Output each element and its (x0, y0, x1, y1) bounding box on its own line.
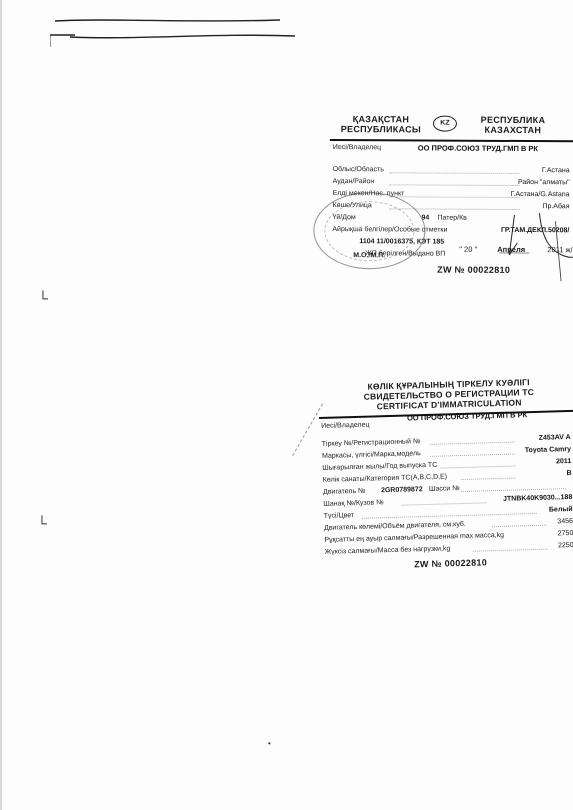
header-kazakh-line2: РЕСПУБЛИКАСЫ (340, 124, 422, 134)
speck-mark: • (268, 740, 271, 748)
field-label: Облыс/Область (333, 164, 384, 176)
field-label: Жүксіз салмағы/Масса без нагрузки,kg (325, 543, 451, 559)
field-value: 2750 (558, 528, 573, 540)
serial-number: ZW № 00022810 (437, 265, 510, 275)
card-title: КӨЛІК ҚҰРАЛЫНЫҢ ТІРКЕЛУ КУӘЛІГІ СВИДЕТЕЛ… (318, 376, 573, 413)
apartment-label: Патер/Кв (437, 213, 466, 225)
owner-value: ОО ПРОФ.СОЮЗ ТРУД.ГМП В РК (407, 408, 570, 425)
registration-card-back: ҚАЗАҚСТАН РЕСПУБЛИКАСЫ KZ РЕСПУБЛИКА КАЗ… (329, 112, 573, 261)
field-value: Г.Астана/G.Astana (511, 189, 570, 201)
top-pen-lines (50, 15, 330, 55)
field-label: Аудан/Район (333, 176, 375, 188)
owner-label: Иесі/Владелец (333, 142, 381, 154)
scanned-page: └ └ • ҚАЗАҚСТАН РЕСПУБЛИКАСЫ KZ РЕСПУБЛИ… (0, 0, 573, 810)
field-value: 2011 (556, 456, 572, 468)
chassis-label: Шасси № (429, 483, 460, 496)
field-value: Пр.Абая (542, 201, 569, 213)
header-kazakh-line1: ҚАЗАҚСТАН (340, 114, 422, 124)
card-header: ҚАЗАҚСТАН РЕСПУБЛИКАСЫ KZ РЕСПУБЛИКА КАЗ… (330, 112, 573, 143)
field-value: B (566, 468, 571, 480)
owner-row: Иесі/Владелец ОО ПРОФ.СОЮЗ ТРУД.ГМП В РК (330, 142, 573, 155)
registration-card-front: КӨЛІК ҚҰРАЛЫНЫҢ ТІРКЕЛУ КУӘЛІГІ СВИДЕТЕЛ… (318, 376, 573, 572)
field-value: Z453AV A (539, 432, 571, 445)
official-stamp (313, 192, 425, 270)
punch-mark: └ (38, 291, 48, 305)
kz-emblem: KZ (433, 116, 457, 132)
field-value: Район "алматы" (518, 177, 570, 189)
field-value: Г.Астана (542, 165, 570, 177)
field-value: 3456 (557, 516, 573, 528)
field-value: 2250 (558, 540, 573, 552)
header-russian-line2: КАЗАХСТАН (472, 125, 554, 135)
owner-value: ОО ПРОФ.СОЮЗ ТРУД.ГМП В РК (418, 142, 538, 155)
header-kazakh: ҚАЗАҚСТАН РЕСПУБЛИКАСЫ (340, 114, 422, 134)
field-value: Белый (549, 504, 573, 517)
header-russian: РЕСПУБЛИКА КАЗАХСТАН (472, 115, 554, 135)
field-label: Түсі/Цвет (324, 510, 355, 523)
owner-label: Иесі/Владелец (321, 420, 370, 433)
header-russian-line1: РЕСПУБЛИКА (472, 115, 554, 125)
punch-mark: └ (37, 516, 47, 530)
page-edge (0, 0, 2, 810)
